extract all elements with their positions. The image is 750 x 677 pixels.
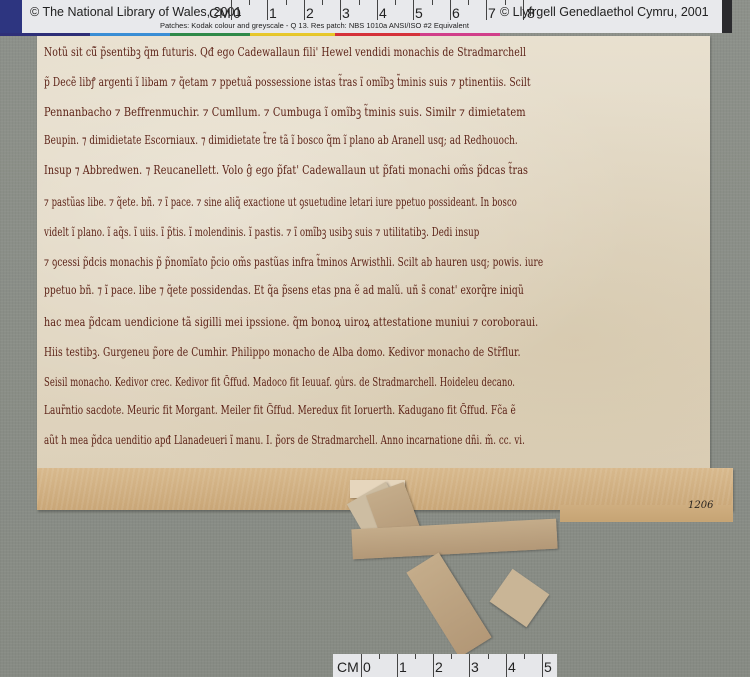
charter-line: Notũ sit cũ̃ p̃sentibꝫ q̃m futuris. Qđ e…: [44, 43, 526, 60]
ruler-number: 6: [452, 5, 460, 21]
ruler-tick: [524, 654, 525, 659]
ruler-tick: [488, 654, 489, 659]
charter-line: videlt ĩ plano. ĩ aq̃s. ĩ uiis. ĩ p̃tis.…: [44, 223, 479, 240]
header-target-strip: © The National Library of Wales, 2001 CM…: [0, 0, 732, 33]
ruler-tick: [468, 0, 469, 5]
ruler-number: 5: [544, 659, 552, 675]
ruler-tick: [397, 654, 398, 677]
charter-line: p̃ Decẽ libꝭ argenti ĩ libam ⁊ q̃etam ⁊ …: [44, 73, 531, 90]
ruler-tick: [379, 654, 380, 659]
ruler-tick: [361, 654, 362, 677]
charter-line: Hiis testibꝫ. Gurgeneu p̃ore de Cumhir. …: [44, 343, 521, 360]
ruler-unit-label: CM: [337, 659, 359, 675]
ruler-number: 0: [363, 659, 371, 675]
ruler-number: 3: [471, 659, 479, 675]
archive-number: 1206: [688, 500, 713, 511]
charter-line: Seisil monacho. Kedivor crec. Kedivor fi…: [44, 373, 515, 390]
patches-note: Patches: Kodak colour and greyscale - Q …: [160, 21, 469, 30]
ruler-tick: [395, 0, 396, 5]
ruler-tick: [432, 0, 433, 5]
charter-line: ppetuo bñ. ⁊ ĩ pace. libe ⁊ q̃ete possid…: [44, 283, 524, 297]
ruler-tick: [340, 0, 341, 20]
ruler-tick: [304, 0, 305, 20]
charter-line: Beupin. ⁊ dimidietate Escorniaux. ⁊ dimi…: [44, 133, 518, 147]
ruler-tick: [322, 0, 323, 5]
header-left-cap: [0, 0, 22, 33]
ruler-tick: [506, 654, 507, 677]
ruler-tick: [542, 654, 543, 677]
charter-line: Insup ⁊ Abbredwen. ⁊ Reucanellett. Volo …: [44, 163, 528, 177]
ruler-number: 3: [342, 5, 350, 21]
ruler-number: 2: [306, 5, 314, 21]
copyright-welsh: © Llyfrgell Genedlaethol Cymru, 2001: [500, 5, 709, 19]
ruler-tick: [267, 0, 268, 20]
ruler-tick: [433, 654, 434, 677]
ruler-unit-label: CM: [209, 5, 231, 21]
ruler-number: 5: [415, 5, 423, 21]
ruler-tick: [359, 0, 360, 5]
ruler-tick: [451, 654, 452, 659]
ruler-tick: [249, 0, 250, 5]
charter-line: Pennanbacho ⁊ Beffrenmuchir. ⁊ Cumllum. …: [44, 103, 526, 120]
ruler-number: 7: [488, 5, 496, 21]
ruler-tick: [415, 654, 416, 659]
ruler-tick: [377, 0, 378, 20]
ruler-tick: [486, 0, 487, 20]
ruler-number: 4: [508, 659, 516, 675]
bottom-cm-ruler: CM 0 1 2 3 4 5: [333, 654, 557, 677]
ruler-tick: [469, 654, 470, 677]
ruler-tick: [413, 0, 414, 20]
ruler-tick: [286, 0, 287, 5]
ruler-number: 2: [435, 659, 443, 675]
ruler-number: 0: [233, 5, 241, 21]
charter-line: hac mea p̃dcam uendicione tã sigilli mei…: [44, 313, 538, 330]
charter-line: ⁊ ꝯcessi p̃dcis monachis p̃ p̃nomĩato p̃…: [44, 253, 543, 270]
ruler-number: 1: [269, 5, 277, 21]
ruler-number: 1: [399, 659, 407, 675]
ruler-tick: [450, 0, 451, 20]
charter-line: Laur̃ntio sacdote. Meuric fit Morgant. M…: [44, 403, 516, 417]
ruler-number: 4: [379, 5, 387, 21]
ruler-tick: [231, 0, 232, 20]
charter-line: aũt h mea p̃dca uenditio apđ Llanadeueri…: [44, 433, 525, 447]
charter-line: ⁊ pastũas libe. ⁊ q̃ete. bñ. ⁊ ĩ pace. ⁊…: [44, 193, 517, 210]
